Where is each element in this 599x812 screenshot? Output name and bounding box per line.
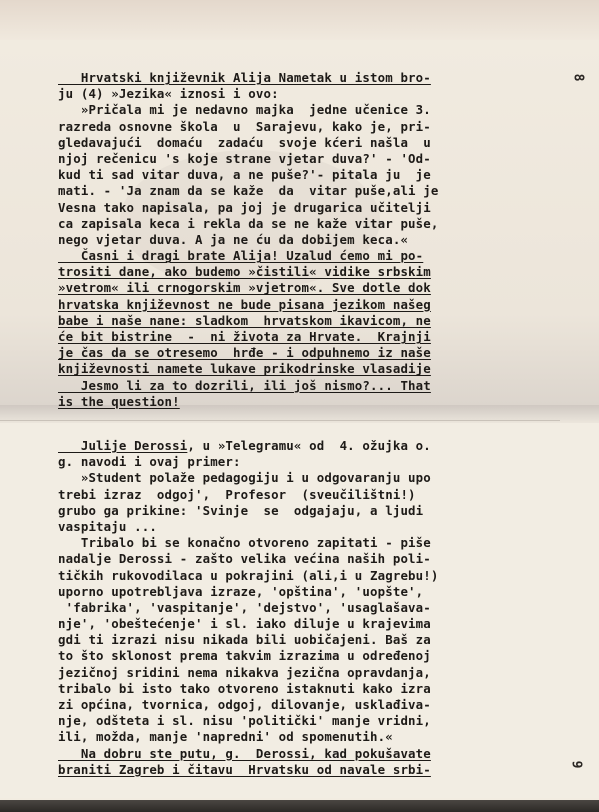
text-line: zi općina, tvornica, odgoj, dilovanje, u… [58,697,538,713]
text-line: ili, možda, manje 'napredni' od spomenut… [58,729,538,745]
page-number-upper: 8 [570,74,585,82]
text-line: to što sklonost prema takvim izrazima u … [58,648,538,664]
text-line: Vesna tako napisala, pa joj je drugarica… [58,200,538,216]
page-number-lower: 9 [568,761,583,769]
text-line: njoj rečenicu 's koje strane vjetar duva… [58,151,538,167]
text-line: je čas da se otresemo hrđe - i odpuhnemo… [58,345,538,361]
gutter-divider [0,420,560,421]
text-line: gledavajući domaću zadaću svoje kćeri na… [58,135,538,151]
text-line: trebi izraz odgoj', Profesor (sveučilišt… [58,487,538,503]
text-line: is the question! [58,394,538,410]
text-line: grubo ga prikine: 'Svinje se odgajaju, a… [58,503,538,519]
text-line: književnosti namete lukave prikodrinske … [58,361,538,377]
text-line: g. navodi i ovaj primer: [58,454,538,470]
text-line: nje', 'obeštećenje' i sl. iako diluje u … [58,616,538,632]
text-line: braniti Zagreb i čitavu Hrvatsku od nava… [58,762,538,778]
text-line: mati. - 'Ja znam da se kaže da vitar puš… [58,183,538,199]
lower-page-text: Julije Derossi, u »Telegramu« od 4. ožuj… [58,438,538,778]
text-line: Tribalo bi se konačno otvoreno zapitati … [58,535,538,551]
text-line: »Pričala mi je nedavno majka jedne učeni… [58,102,538,118]
text-line: vaspitaju ... [58,519,538,535]
text-line: će bit bistrine - ni života za Hrvate. K… [58,329,538,345]
text-line: jezičnoj sridini nema nikakva jezična op… [58,665,538,681]
text-line: trositi dane, ako budemo »čistili« vidik… [58,264,538,280]
text-line: razreda osnovne škola u Sarajevu, kako j… [58,119,538,135]
text-line: Na dobru ste putu, g. Derossi, kad pokuš… [58,746,538,762]
text-line: hrvatska književnost ne bude pisana jezi… [58,297,538,313]
text-line: gdi ti izrazi nisu nikada bili uobičajen… [58,632,538,648]
text-line: 'fabrika', 'vaspitanje', 'dejstvo', 'usa… [58,600,538,616]
upper-page-text: Hrvatski književnik Alija Nametak u isto… [58,70,538,410]
text-line: Jesmo li za to dozrili, ili još nismo?..… [58,378,538,394]
text-line: Hrvatski književnik Alija Nametak u isto… [58,70,538,86]
text-line: ca zapisala keca i rekla da se ne kaže v… [58,216,538,232]
text-line: nego vjetar duva. A ja ne ću da dobijem … [58,232,538,248]
text-line: tribalo bi isto tako otvoreno istaknuti … [58,681,538,697]
scanned-document: Hrvatski književnik Alija Nametak u isto… [0,0,599,812]
text-line: babe i naše nane: sladkom hrvatskom ikav… [58,313,538,329]
text-line: nje, odšteta i sl. nisu 'politički' manj… [58,713,538,729]
text-line: nadalje Derossi - zašto velika većina na… [58,551,538,567]
text-line: ju (4) »Jezika« iznosi i ovo: [58,86,538,102]
text-line: uporno upotrebljava izraze, 'opština', '… [58,584,538,600]
text-line: »Student polaže pedagogiju i u odgovaran… [58,470,538,486]
text-line: Časni i dragi brate Alija! Uzalud ćemo m… [58,248,538,264]
text-line: tičkih rukovodilaca u pokrajini (ali,i u… [58,568,538,584]
top-page-edge [0,0,599,40]
bottom-page-edge [0,800,599,812]
text-line: Julije Derossi, u »Telegramu« od 4. ožuj… [58,438,538,454]
text-line: kud ti sad vitar duva, a ne puše?'- pita… [58,167,538,183]
text-line: »vetrom« ili crnogorskim »vjetrom«. Sve … [58,280,538,296]
